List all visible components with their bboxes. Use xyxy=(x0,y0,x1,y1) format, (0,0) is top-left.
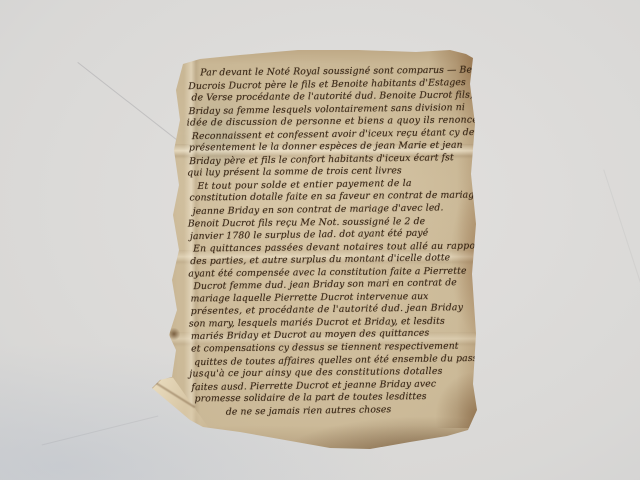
manuscript-text: Par devant le Noté Royal soussigné sont … xyxy=(188,65,480,419)
surface-scratch xyxy=(603,170,640,332)
torn-flap-edge xyxy=(152,380,195,408)
manuscript-line: de ne se jamais rien autres choses xyxy=(226,403,480,419)
surface-scratch xyxy=(42,415,159,445)
manuscript-paper: Par devant le Noté Royal soussigné sont … xyxy=(148,44,480,454)
stain-left-edge-spot xyxy=(170,328,180,340)
photo-background: Par devant le Noté Royal soussigné sont … xyxy=(0,0,640,480)
stain-bottom-edge xyxy=(278,416,482,458)
